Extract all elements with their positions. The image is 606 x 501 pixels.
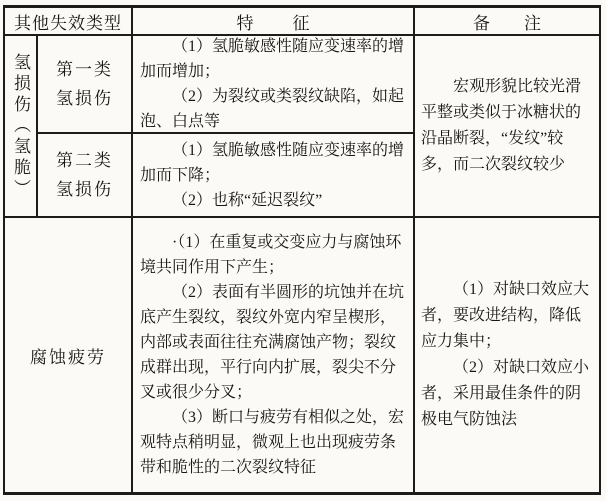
type-label-corrosion-fatigue: 腐蚀疲劳 [30,343,106,368]
note-cell-corrosion-fatigue: （1）对缺口效应大者，要改进结构，降低应力集中； （2）对缺口效应小者，采用最佳… [415,218,599,492]
feature-paragraph: （2）表面有半圆形的坑蚀并在坑底产生裂纹，裂纹外宽内窄呈楔形，内部或表面往往充满… [140,280,406,405]
header-cell-failure-type: 其他失效类型 [5,8,133,36]
header-label-failure-type: 其他失效类型 [14,9,122,34]
feature-paragraph: （3）断口与疲劳有相似之处，宏观特点稍明显，微观上也出现疲劳条带和脆性的二次裂纹… [140,405,406,480]
note-paragraph: （1）对缺口效应大者，要改进结构，降低应力集中； [421,277,593,355]
subtype-cell-hydrogen-type1: 第一类 氢损伤 [38,36,133,134]
note-cell-hydrogen-damage: 宏观形貌比较光滑平整或类似于冰糖状的沿晶断裂，“发纹”较多，而二次裂纹较少 [415,36,599,218]
feature-cell-hydrogen-type1: （1）氢脆敏感性随应变速率的增加而增加； （2）为裂纹或类裂纹缺陷，如起泡、白点… [133,36,415,134]
header-cell-note: 备注 [415,8,599,36]
subtype-label-line2: 氢损伤 [56,84,113,113]
group-cell-hydrogen-damage: 氢损伤（氢脆） [5,36,38,218]
note-paragraph: 宏观形貌比较光滑平整或类似于冰糖状的沿晶断裂，“发纹”较多，而二次裂纹较少 [421,74,593,178]
feature-cell-hydrogen-type2: （1）氢脆敏感性随应变速率的增加而下降； （2）也称“延迟裂纹” [133,134,415,218]
feature-paragraph: （2）也称“延迟裂纹” [140,188,406,213]
header-cell-feature: 特征 [133,8,415,36]
feature-cell-corrosion-fatigue: ·（1）在重复或交变应力与腐蚀环境共同作用下产生； （2）表面有半圆形的坑蚀并在… [133,218,415,492]
feature-paragraph: （1）氢脆敏感性随应变速率的增加而增加； [140,36,406,84]
subtype-label-line1: 第二类 [56,146,113,175]
feature-paragraph: （2）为裂纹或类裂纹缺陷，如起泡、白点等 [140,84,406,134]
subtype-cell-hydrogen-type2: 第二类 氢损伤 [38,134,133,218]
group-label-hydrogen-damage: 氢损伤（氢脆） [12,53,29,200]
subtype-label-line2: 氢损伤 [56,175,113,204]
subtype-label-line1: 第一类 [56,55,113,84]
note-paragraph: （2）对缺口效应小者，采用最佳条件的阴极电气防蚀法 [421,355,593,433]
failure-types-table: 其他失效类型 特征 备注 氢损伤（氢脆） 第一类 氢损伤 （1）氢脆敏感性随应变… [3,5,601,495]
scanned-document-page: 其他失效类型 特征 备注 氢损伤（氢脆） 第一类 氢损伤 （1）氢脆敏感性随应变… [0,0,606,501]
feature-paragraph: ·（1）在重复或交变应力与腐蚀环境共同作用下产生； [140,230,406,280]
header-label-note: 备注 [473,9,575,34]
header-label-feature: 特征 [236,9,348,34]
feature-paragraph: （1）氢脆敏感性随应变速率的增加而下降； [140,138,406,188]
type-cell-corrosion-fatigue: 腐蚀疲劳 [5,218,133,492]
